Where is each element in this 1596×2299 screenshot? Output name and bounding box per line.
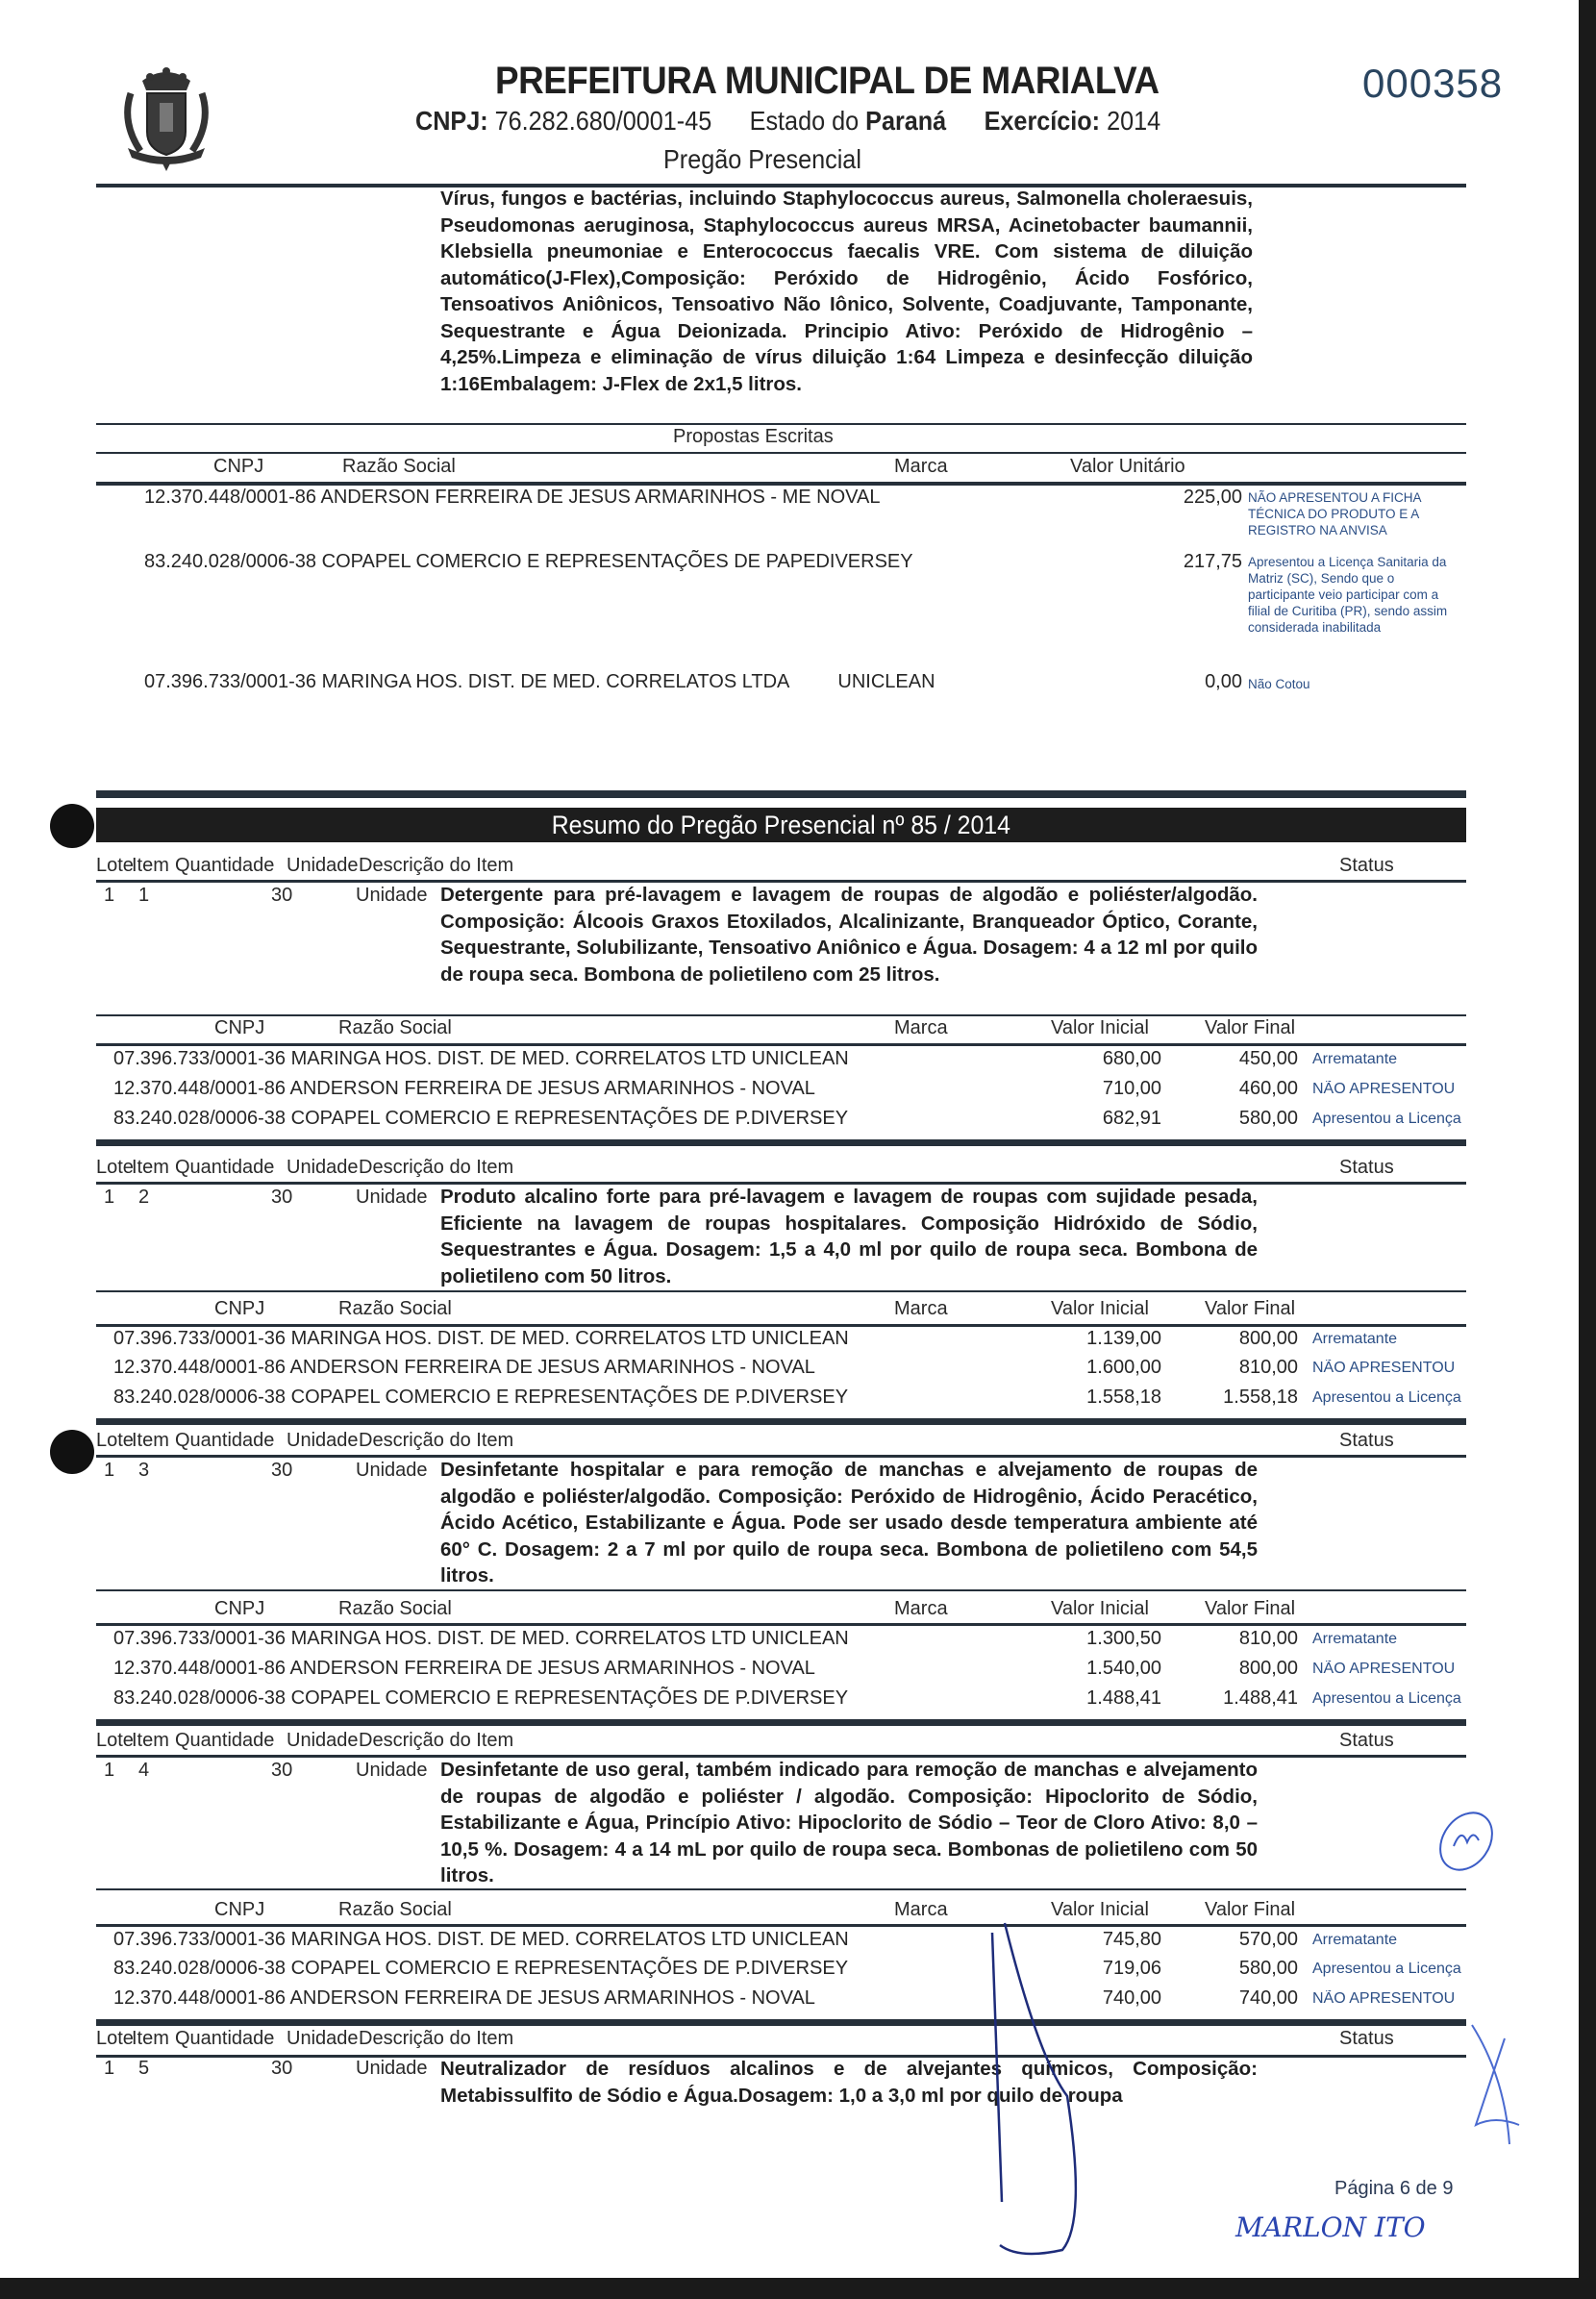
col-valor-final: Valor Final [1205,1598,1295,1620]
item-row: 1 1 30 Unidade [96,885,423,910]
col-quantidade: Quantidade [175,855,274,877]
bid-valor-inicial: 682,91 [1058,1108,1161,1130]
page-number-stamp: 000358 [1362,61,1503,107]
bid-marca: NOVAL [752,1987,815,2009]
item-number: 2 [138,1187,149,1209]
col-unidade: Unidade [287,855,359,877]
written-proposals-title: Propostas Escritas [673,426,834,448]
col-descricao: Descrição do Item [359,855,513,877]
exercise-label: Exercício: [985,106,1100,136]
item-lote: 1 [104,2058,114,2080]
divider [96,1924,1466,1927]
bid-valor-inicial: 1.558,18 [1058,1387,1161,1409]
col-razao-social: Razão Social [338,1899,452,1921]
item-lote: 1 [104,1460,114,1482]
item-number: 4 [138,1760,149,1782]
bid-razao-social: MARINGA HOS. DIST. DE MED. CORRELATOS LT… [291,1328,746,1349]
item-unidade: Unidade [356,885,428,907]
col-marca: Marca [894,1298,948,1320]
bid-razao-social: ANDERSON FERREIRA DE JESUS ARMARINHOS - [290,1987,747,2009]
proposal-valor: 225,00 [1106,487,1242,509]
col-lote: Lote [96,1730,134,1752]
item-column-headers: Lote Item Quantidade Unidade Descrição d… [96,1157,1466,1182]
handwritten-line-icon [981,1913,1192,2279]
state-name: Paraná [865,106,946,136]
col-unidade: Unidade [287,2028,359,2050]
bid-razao-social: ANDERSON FERREIRA DE JESUS ARMARINHOS - [290,1078,747,1099]
bid-column-headers: CNPJ Razão Social Marca Valor Inicial Va… [96,1017,1466,1042]
col-quantidade: Quantidade [175,1157,274,1179]
item-quantidade: 30 [271,885,292,907]
bid-status: Arrematante [1312,1051,1461,1068]
bid-razao-social: MARINGA HOS. DIST. DE MED. CORRELATOS LT… [291,1628,746,1649]
item-lote: 1 [104,885,114,907]
bid-status: NÃO APRESENTOU [1312,1661,1461,1678]
item-lote: 1 [104,1760,114,1782]
col-razao-social: Razão Social [338,1017,452,1039]
scan-edge-right [1579,0,1596,2299]
proposal-note: NÃO APRESENTOU A FICHA TÉCNICA DO PRODUT… [1248,489,1459,538]
bid-marca: DIVERSEY [751,1958,848,1979]
bid-row: 07.396.733/0001-36 MARINGA HOS. DIST. DE… [113,1328,849,1350]
divider [96,1324,1466,1327]
bid-column-headers: CNPJ Razão Social Marca Valor Inicial Va… [96,1298,1466,1323]
scan-edge-bottom [0,2278,1596,2299]
col-unidade: Unidade [287,1430,359,1452]
divider [96,452,1466,454]
page-counter: Página 6 de 9 [1334,2178,1453,2200]
col-valor-inicial: Valor Inicial [1051,1017,1149,1039]
bid-row: 83.240.028/0006-38 COPAPEL COMERCIO E RE… [113,1958,848,1980]
col-valor-inicial: Valor Inicial [1051,1298,1149,1320]
initials-mark-icon [1433,1808,1500,1875]
bid-status: NÃO APRESENTOU [1312,1990,1461,2008]
bid-cnpj: 12.370.448/0001-86 [113,1357,286,1378]
bid-valor-final: 1.558,18 [1171,1387,1298,1409]
cnpj-value: 76.282.680/0001-45 [495,106,712,136]
col-cnpj: CNPJ [213,456,263,478]
proposal-valor: 0,00 [1106,671,1242,693]
signature: MARLON ITO [1235,2212,1426,2243]
bid-row: 07.396.733/0001-36 MARINGA HOS. DIST. DE… [113,1048,849,1070]
punch-hole-icon [50,804,94,848]
bid-status: Arrematante [1312,1631,1461,1648]
proposal-note: Apresentou a Licença Sanitaria da Matriz… [1248,554,1459,636]
col-descricao: Descrição do Item [359,2028,513,2050]
col-item: Item [132,2028,169,2050]
bid-razao-social: ANDERSON FERREIRA DE JESUS ARMARINHOS - [290,1357,747,1378]
bid-cnpj: 12.370.448/0001-86 [113,1078,286,1099]
bid-cnpj: 83.240.028/0006-38 [113,1387,286,1408]
col-lote: Lote [96,1157,134,1179]
item-lote: 1 [104,1187,114,1209]
bid-razao-social: COPAPEL COMERCIO E REPRESENTAÇÕES DE P. [291,1108,751,1129]
bid-row: 12.370.448/0001-86 ANDERSON FERREIRA DE … [113,1658,815,1680]
item-unidade: Unidade [356,2058,428,2080]
item-separator [96,2019,1466,2026]
bid-razao-social: MARINGA HOS. DIST. DE MED. CORRELATOS LT… [291,1929,746,1950]
bid-cnpj: 07.396.733/0001-36 [113,1628,286,1649]
bid-status: Arrematante [1312,1932,1461,1949]
item-row: 1 2 30 Unidade [96,1187,423,1212]
bid-status: Apresentou a Licença [1312,1389,1461,1407]
col-valor-inicial: Valor Inicial [1051,1598,1149,1620]
divider [96,1623,1466,1626]
col-lote: Lote [96,2028,134,2050]
divider [96,790,1466,798]
item-description: Produto alcalino forte para pré-lavagem … [440,1184,1258,1289]
col-status: Status [1339,855,1394,877]
col-cnpj: CNPJ [214,1899,264,1921]
divider [96,482,1466,486]
proposal-razao-social: ANDERSON FERREIRA DE JESUS ARMARINHOS - … [321,487,811,508]
bid-marca: NOVAL [752,1078,815,1099]
col-marca: Marca [894,1899,948,1921]
proposal-cnpj: 12.370.448/0001-86 [144,487,316,508]
bid-marca: UNICLEAN [752,1929,849,1950]
bid-row: 07.396.733/0001-36 MARINGA HOS. DIST. DE… [113,1628,849,1650]
exercise-year: 2014 [1107,106,1160,136]
item-description: Desinfetante hospitalar e para remoção d… [440,1457,1258,1589]
bid-status: Apresentou a Licença [1312,1690,1461,1708]
bid-status: NÃO APRESENTOU [1312,1360,1461,1377]
proposal-marca: UNICLEAN [837,671,935,692]
col-quantidade: Quantidade [175,1730,274,1752]
col-razao-social: Razão Social [338,1598,452,1620]
bid-marca: UNICLEAN [752,1628,849,1649]
bid-cnpj: 12.370.448/0001-86 [113,1658,286,1679]
item-quantidade: 30 [271,1760,292,1782]
col-item: Item [132,1730,169,1752]
proposal-valor: 217,75 [1106,551,1242,573]
bid-cnpj: 07.396.733/0001-36 [113,1048,286,1069]
bid-column-headers: CNPJ Razão Social Marca Valor Inicial Va… [96,1899,1466,1924]
bid-razao-social: COPAPEL COMERCIO E REPRESENTAÇÕES DE P. [291,1958,751,1979]
bid-row: 83.240.028/0006-38 COPAPEL COMERCIO E RE… [113,1387,848,1409]
bid-razao-social: COPAPEL COMERCIO E REPRESENTAÇÕES DE P. [291,1387,751,1408]
bid-row: 07.396.733/0001-36 MARINGA HOS. DIST. DE… [113,1929,849,1951]
bid-status: Arrematante [1312,1331,1461,1348]
bid-marca: DIVERSEY [751,1687,848,1709]
item-column-headers: Lote Item Quantidade Unidade Descrição d… [96,1730,1466,1755]
col-valor-final: Valor Final [1205,1298,1295,1320]
item-column-headers: Lote Item Quantidade Unidade Descrição d… [96,1430,1466,1455]
bid-cnpj: 83.240.028/0006-38 [113,1687,286,1709]
col-item: Item [132,1157,169,1179]
col-marca: Marca [894,1598,948,1620]
bid-row: 83.240.028/0006-38 COPAPEL COMERCIO E RE… [113,1108,848,1130]
cnpj-label: CNPJ: [415,106,488,136]
state-prefix: Estado do [750,106,859,136]
bid-valor-inicial: 710,00 [1058,1078,1161,1100]
bid-razao-social: MARINGA HOS. DIST. DE MED. CORRELATOS LT… [291,1048,746,1069]
divider [96,1589,1466,1591]
bid-marca: DIVERSEY [751,1108,848,1129]
bid-status: Apresentou a Licença [1312,1111,1461,1128]
col-valor-final: Valor Final [1205,1899,1295,1921]
bid-marca: DIVERSEY [751,1387,848,1408]
col-cnpj: CNPJ [214,1598,264,1620]
bid-razao-social: COPAPEL COMERCIO E REPRESENTAÇÕES DE P. [291,1687,751,1709]
bid-razao-social: ANDERSON FERREIRA DE JESUS ARMARINHOS - [290,1658,747,1679]
bid-row: 12.370.448/0001-86 ANDERSON FERREIRA DE … [113,1357,815,1379]
item-separator [96,1139,1466,1146]
bid-valor-inicial: 1.540,00 [1058,1658,1161,1680]
col-item: Item [132,855,169,877]
bid-row: 12.370.448/0001-86 ANDERSON FERREIRA DE … [113,1987,815,2010]
col-razao-social: Razão Social [338,1298,452,1320]
punch-hole-icon [50,1430,94,1474]
bid-cnpj: 07.396.733/0001-36 [113,1328,286,1349]
bid-valor-inicial: 1.139,00 [1058,1328,1161,1350]
proposal-cnpj: 83.240.028/0006-38 [144,551,316,572]
bid-column-headers: CNPJ Razão Social Marca Valor Inicial Va… [96,1598,1466,1623]
bid-status: NÃO APRESENTOU [1312,1081,1461,1098]
organization-title: PREFEITURA MUNICIPAL DE MARIALVA [495,60,1160,103]
col-lote: Lote [96,1430,134,1452]
item-row: 1 3 30 Unidade [96,1460,423,1485]
col-quantidade: Quantidade [175,2028,274,2050]
divider [96,1043,1466,1046]
item-separator [96,1719,1466,1726]
proposal-marca: DIVERSEY [815,551,912,572]
bid-marca: NOVAL [752,1658,815,1679]
bid-valor-inicial: 1.600,00 [1058,1357,1161,1379]
bid-cnpj: 07.396.733/0001-36 [113,1929,286,1950]
col-marca: Marca [894,1017,948,1039]
modality-label: Pregão Presencial [663,144,861,175]
municipal-crest-icon [113,60,219,175]
bid-cnpj: 83.240.028/0006-38 [113,1108,286,1129]
header-subline: CNPJ: 76.282.680/0001-45 Estado do Paran… [415,106,1160,137]
col-status: Status [1339,2028,1394,2050]
item-number: 3 [138,1460,149,1482]
proposal-cnpj: 07.396.733/0001-36 [144,671,316,692]
col-descricao: Descrição do Item [359,1430,513,1452]
proposal-razao-social: MARINGA HOS. DIST. DE MED. CORRELATOS LT… [322,671,789,692]
bid-marca: UNICLEAN [752,1328,849,1349]
item-quantidade: 30 [271,1187,292,1209]
proposal-row: 83.240.028/0006-38 COPAPEL COMERCIO E RE… [144,551,913,573]
divider [96,423,1466,425]
bid-valor-final: 810,00 [1171,1628,1298,1650]
col-cnpj: CNPJ [214,1298,264,1320]
col-descricao: Descrição do Item [359,1157,513,1179]
proposal-note: Não Cotou [1248,676,1459,692]
col-valor-unitario: Valor Unitário [1070,456,1185,478]
proposal-razao-social: COPAPEL COMERCIO E REPRESENTAÇÕES DE PAP… [322,551,816,572]
col-valor-final: Valor Final [1205,1017,1295,1039]
proposal-row: 07.396.733/0001-36 MARINGA HOS. DIST. DE… [144,671,935,693]
bid-valor-final: 460,00 [1171,1078,1298,1100]
col-cnpj: CNPJ [214,1017,264,1039]
item-quantidade: 30 [271,2058,292,2080]
bid-row: 12.370.448/0001-86 ANDERSON FERREIRA DE … [113,1078,815,1100]
col-razao-social: Razão Social [342,456,456,478]
bid-valor-inicial: 680,00 [1058,1048,1161,1070]
item-row: 1 5 30 Unidade [96,2058,423,2083]
col-descricao: Descrição do Item [359,1730,513,1752]
bid-valor-inicial: 1.488,41 [1058,1687,1161,1710]
item-quantidade: 30 [271,1460,292,1482]
bid-valor-inicial: 1.300,50 [1058,1628,1161,1650]
bid-valor-final: 580,00 [1171,1108,1298,1130]
bid-marca: UNICLEAN [752,1048,849,1069]
bid-valor-final: 810,00 [1171,1357,1298,1379]
item-unidade: Unidade [356,1460,428,1482]
col-status: Status [1339,1430,1394,1452]
continued-item-description: Vírus, fungos e bactérias, incluindo Sta… [440,186,1253,397]
bid-cnpj: 83.240.028/0006-38 [113,1958,286,1979]
col-lote: Lote [96,855,134,877]
initials-mark-icon [1466,2019,1534,2163]
bid-cnpj: 12.370.448/0001-86 [113,1987,286,2009]
bid-status: Apresentou a Licença [1312,1961,1461,1978]
item-unidade: Unidade [356,1187,428,1209]
summary-banner: Resumo do Pregão Presencial nº 85 / 2014 [96,808,1466,842]
item-number: 5 [138,2058,149,2080]
item-unidade: Unidade [356,1760,428,1782]
item-separator [96,1418,1466,1425]
item-row: 1 4 30 Unidade [96,1760,423,1785]
col-item: Item [132,1430,169,1452]
item-description: Detergente para pré-lavagem e lavagem de… [440,882,1258,987]
item-description: Desinfetante de uso geral, também indica… [440,1757,1258,1889]
item-number: 1 [138,885,149,907]
col-unidade: Unidade [287,1730,359,1752]
bid-valor-final: 800,00 [1171,1328,1298,1350]
proposal-marca: NOVAL [816,487,880,508]
col-quantidade: Quantidade [175,1430,274,1452]
summary-title: Resumo do Pregão Presencial nº 85 / 2014 [552,808,1010,842]
bid-row: 83.240.028/0006-38 COPAPEL COMERCIO E RE… [113,1687,848,1710]
col-status: Status [1339,1730,1394,1752]
divider [96,1290,1466,1292]
item-column-headers: Lote Item Quantidade Unidade Descrição d… [96,2028,1466,2053]
divider [96,1888,1466,1890]
item-column-headers: Lote Item Quantidade Unidade Descrição d… [96,855,1466,880]
proposal-row: 12.370.448/0001-86 ANDERSON FERREIRA DE … [144,487,880,509]
bid-valor-final: 1.488,41 [1171,1687,1298,1710]
bid-marca: NOVAL [752,1357,815,1378]
col-unidade: Unidade [287,1157,359,1179]
col-marca: Marca [894,456,948,478]
bid-valor-final: 450,00 [1171,1048,1298,1070]
col-status: Status [1339,1157,1394,1179]
bid-valor-final: 800,00 [1171,1658,1298,1680]
divider [96,1014,1466,1016]
